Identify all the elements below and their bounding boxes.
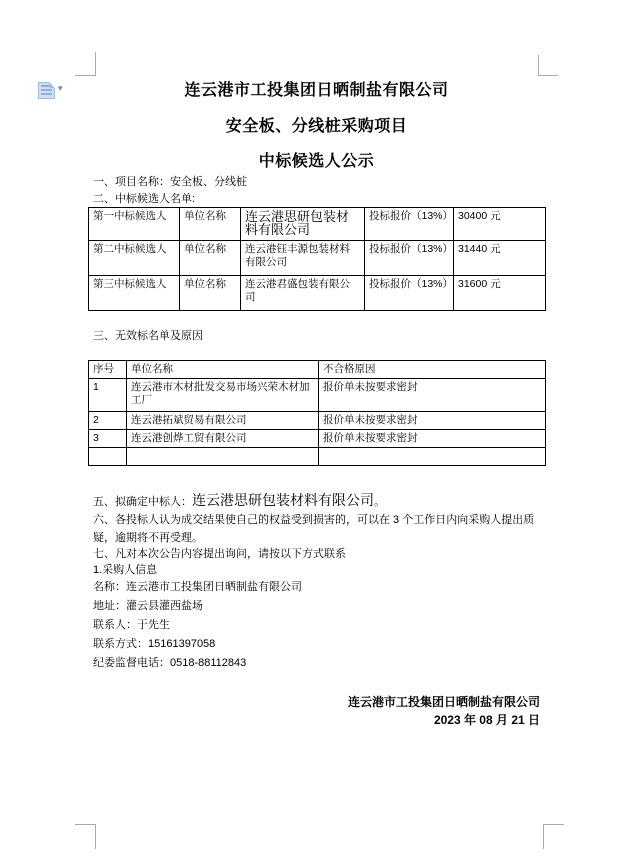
table-header-cell: 单位名称 [127,361,319,379]
margin-crop-mark-bottom-right-icon [543,824,564,849]
table-cell: 30400 元 [454,208,546,241]
buyer-contact-phone: 联系方式：15161397058 [93,637,215,652]
table-row: 第三中标候选人 单位名称 连云港君盛包装有限公司 投标报价（13%） 31600… [89,276,546,311]
margin-crop-mark-bottom-left-icon [75,824,96,849]
table-cell: 投标报价（13%） [365,241,454,276]
table-header-row: 序号 单位名称 不合格原因 [89,361,546,379]
table-cell: 第三中标候选人 [89,276,180,311]
table-cell: 连云港市木材批发交易市场兴荣木材加工厂 [127,379,319,412]
paste-options-icon[interactable] [38,82,55,99]
table-cell: 连云港君盛包装有限公司 [241,276,365,311]
table-cell: 31440 元 [454,241,546,276]
section-candidates-heading: 二、中标候选人名单: [93,192,195,207]
table-cell [127,448,319,466]
page-title-announcement: 中标候选人公示 [95,152,538,171]
table-header-cell: 序号 [89,361,127,379]
table-row: 第二中标候选人 单位名称 连云港钰丰源包装材料有限公司 投标报价（13%） 31… [89,241,546,276]
table-row: 第一中标候选人 单位名称 连云港思研包装材料有限公司 投标报价（13%） 304… [89,208,546,241]
table-cell: 连云港创烨工贸有限公司 [127,430,319,448]
paste-icon-line [41,89,52,91]
table-cell: 第二中标候选人 [89,241,180,276]
table-cell: 31600 元 [454,276,546,311]
section-invalid-heading: 三、无效标名单及原因 [93,329,203,344]
page-title-company: 连云港市工投集团日晒制盐有限公司 [95,81,538,100]
winner-prefix: 五、拟确定中标人： [93,496,192,508]
margin-crop-mark-top-left-icon [75,52,96,76]
table-cell: 2 [89,412,127,430]
table-cell: 投标报价（13%） [365,276,454,311]
buyer-contact-person: 联系人：于先生 [93,618,170,633]
buyer-info-heading: 1.采购人信息 [93,563,157,578]
signature-date: 2023 年 08 月 21 日 [434,713,540,728]
table-cell: 连云港钰丰源包装材料有限公司 [241,241,365,276]
table-cell: 连云港思研包装材料有限公司 [241,208,365,241]
paste-options-dropdown-icon[interactable]: ▾ [58,83,63,93]
table-cell: 报价单未按要求密封 [319,430,546,448]
table-cell [89,448,127,466]
table-cell: 单位名称 [180,241,241,276]
section-objection: 六、各投标人认为成交结果使自己的权益受到损害的，可以在 3 个工作日内向采购人提… [93,512,548,547]
table-cell: 单位名称 [180,208,241,241]
signature-company: 连云港市工投集团日晒制盐有限公司 [348,695,540,710]
table-row: 3 连云港创烨工贸有限公司 报价单未按要求密封 [89,430,546,448]
table-row: 1 连云港市木材批发交易市场兴荣木材加工厂 报价单未按要求密封 [89,379,546,412]
buyer-address: 地址：灌云县灌西盐场 [93,599,203,614]
buyer-supervision-phone: 纪委监督电话：0518-88112843 [93,656,246,671]
table-cell: 连云港拓斌贸易有限公司 [127,412,319,430]
page-title-project: 安全板、分线桩采购项目 [95,117,538,136]
table-cell: 报价单未按要求密封 [319,379,546,412]
section-project-name: 一、项目名称：安全板、分线桩 [93,175,247,190]
table-cell: 报价单未按要求密封 [319,412,546,430]
table-cell: 第一中标候选人 [89,208,180,241]
table-cell: 3 [89,430,127,448]
buyer-name: 名称：连云港市工投集团日晒制盐有限公司 [93,580,302,595]
table-header-cell: 不合格原因 [319,361,546,379]
section-winner: 五、拟确定中标人：连云港思研包装材料有限公司。 [93,494,385,510]
table-cell [319,448,546,466]
table-cell: 投标报价（13%） [365,208,454,241]
paste-icon-line [41,93,52,95]
table-cell: 单位名称 [180,276,241,311]
document-page: ▾ 连云港市工投集团日晒制盐有限公司 安全板、分线桩采购项目 中标候选人公示 一… [0,0,634,862]
section-inquiry: 七、凡对本次公告内容提出询问，请按以下方式联系 [93,547,346,562]
invalid-bids-table: 序号 单位名称 不合格原因 1 连云港市木材批发交易市场兴荣木材加工厂 报价单未… [88,360,546,466]
winner-company-name: 连云港思研包装材料有限公司 [192,494,374,509]
table-cell: 1 [89,379,127,412]
table-row: 2 连云港拓斌贸易有限公司 报价单未按要求密封 [89,412,546,430]
paste-icon-line [41,85,52,87]
margin-crop-mark-top-right-icon [538,55,558,76]
table-row [89,448,546,466]
winner-suffix: 。 [374,496,385,508]
candidates-table: 第一中标候选人 单位名称 连云港思研包装材料有限公司 投标报价（13%） 304… [88,207,546,311]
